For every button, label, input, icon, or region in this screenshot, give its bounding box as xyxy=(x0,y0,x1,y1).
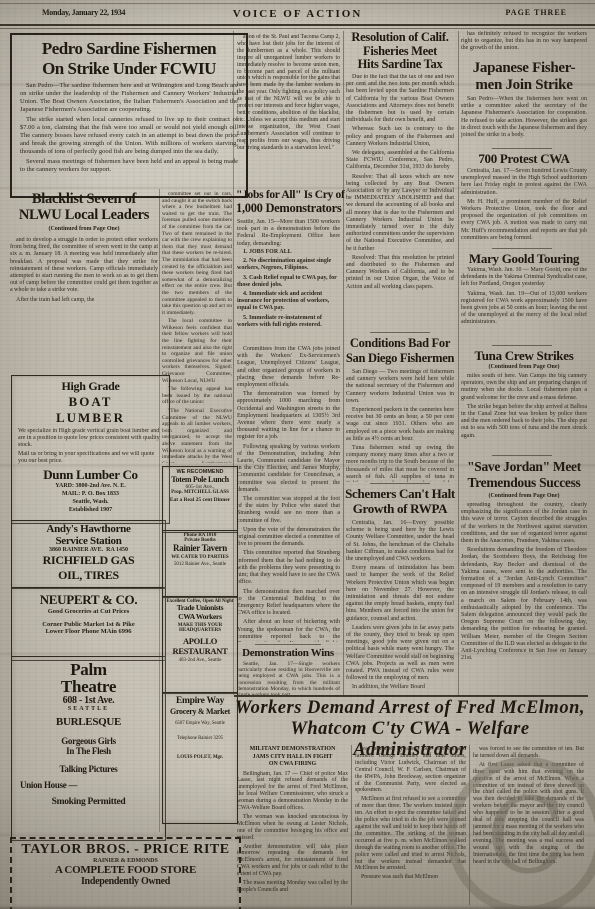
tuna-continued-note: (Continued from Page One) xyxy=(460,364,588,370)
dunn-lumber-heading: High Grade xyxy=(18,379,163,394)
palm-theatre-ad: Palm Theatre 608 - 1st Ave. SEATTLE BURL… xyxy=(11,656,166,841)
japanese-body: San Pedro—When the fishermen here went o… xyxy=(461,96,587,146)
page-header: Monday, January 22, 1934 VOICE OF ACTION… xyxy=(14,8,581,22)
jordan-continued-note: (Continued from Page One) xyxy=(460,493,588,499)
mcelmon-col3: was forced to see the committee of ten. … xyxy=(473,746,584,904)
jobs-headline: "Jobs for All" Is Cry of 1,000 Demonstra… xyxy=(236,189,354,215)
schemers-headline: Schemers Can't Halt Growth of RWPA xyxy=(345,486,455,516)
tuna-body: miles south of here. Van Camps the big c… xyxy=(461,373,587,455)
page-number: PAGE THREE xyxy=(506,8,568,17)
story-separator xyxy=(370,483,430,484)
story-separator xyxy=(492,455,552,456)
totem-pole-lunch-ad: WE RECOMMEND Totem Pole Lunch 605-1st Av… xyxy=(162,466,238,533)
lead-story-body: San Pedro—The sardine fishermen here and… xyxy=(20,82,238,176)
story-separator xyxy=(492,148,552,149)
story-separator xyxy=(255,644,321,645)
empire-phone: Telephone Rainier 3295 xyxy=(165,736,235,741)
jobs-demand-list: 1. JOBS FOR ALL2. No discrimination agai… xyxy=(237,249,340,343)
mcelmon-top-rule xyxy=(234,695,588,697)
empire-address: 6507 Empire Way, Seattle xyxy=(165,721,235,726)
blacklist-continuation-column: committee set out in cars, and caught it… xyxy=(162,191,232,463)
palm-address: 608 - 1st Ave. xyxy=(16,695,161,706)
blacklist-continued-note: (Continued from Page One) xyxy=(10,226,158,232)
dunn-lumber-ad: High Grade BOAT LUMBER We specialize in … xyxy=(11,375,170,524)
story-separator xyxy=(370,332,430,333)
lead-story-box: Pedro Sardine Fishermen On Strike Under … xyxy=(10,33,248,198)
jobs-intro: Seattle, Jan. 15—More than 1500 workers … xyxy=(237,219,340,247)
mary-goold-headline: Mary Goold Touring xyxy=(460,251,588,267)
conditions-body: San Diego — Two meetings of fishermen an… xyxy=(346,369,454,482)
jobs-body: Committees from the CWA jobs joined with… xyxy=(237,346,340,642)
blacklist-body: and to develop a struggle in order to pr… xyxy=(10,237,158,349)
top-rule xyxy=(0,3,595,4)
lumber-appeal-continuation: ation of the St. Paul and Tacoma Camp 2,… xyxy=(237,34,340,186)
story-separator xyxy=(492,345,552,346)
japanese-headline: Japanese Fisher- men Join Strike xyxy=(460,60,588,93)
resolution-body: Due to the fact that the tax of one and … xyxy=(346,74,454,330)
protest700-headline: 700 Protest CWA xyxy=(460,151,588,167)
demonstration-wins-headline: Demonstration Wins xyxy=(236,647,340,659)
story-separator xyxy=(492,248,552,249)
masthead: VOICE OF ACTION xyxy=(14,8,581,20)
lead-headline-line1: Pedro Sardine Fishermen xyxy=(20,39,238,59)
dunn-lumber-address: YARD: 3800-2nd Ave. N. E.MAIL: P. O. Box… xyxy=(18,483,163,514)
apollo-restaurant-ad: Excellent Coffee, Open All Night Trade U… xyxy=(162,596,238,694)
header-rule-thin xyxy=(0,28,595,29)
jordan-body: spreading throughout the country, clearl… xyxy=(461,502,587,694)
mcelmon-col2: was attended by about 500 workers and fa… xyxy=(355,746,466,904)
resolution-headline: Resolution of Calif. Fisheries Meet Hits… xyxy=(345,31,455,72)
conditions-headline: Conditions Bad For San Diego Fishermen xyxy=(345,336,455,365)
demonstration-wins-body: Seattle, Jan. 17—Single workers particul… xyxy=(237,661,340,697)
rainier-tavern-ad: Phone RA 1010 Private Booths Rainier Tav… xyxy=(162,530,238,598)
neupert-ad: NEUPERT & CO. Good Groceries at Cut Pric… xyxy=(11,587,166,661)
header-rule-thick xyxy=(0,24,595,26)
newspaper-page: Monday, January 22, 1934 VOICE OF ACTION… xyxy=(0,0,595,909)
jordan-headline: "Save Jordan" Meet Tremendous Success xyxy=(460,459,588,491)
column-rule xyxy=(343,31,344,695)
taylor-bros-ad: TAYLOR BROS. - PRICE RITE RAINIER & EDMO… xyxy=(10,837,241,909)
apollo-address: 403-2nd Ave., Seattle xyxy=(165,658,235,663)
protest700-body: Centralia, Jan. 17—Seven hundred Lewis C… xyxy=(461,168,587,248)
lead-headline-line2: On Strike Under FCWIU xyxy=(20,59,238,79)
column-rule xyxy=(458,31,459,695)
union-growth-text: has definitely refused to recognize the … xyxy=(461,31,587,56)
mary-goold-body: Yakima, Wash. Jan. 10 — Mary Goold, one … xyxy=(461,267,587,343)
empire-way-ad: Empire Way Grocery & Market 6507 Empire … xyxy=(162,692,238,824)
schemers-body: Centralia, Jan. 16—Every possible scheme… xyxy=(346,520,454,694)
rainier-address: 5012 Rainier Ave., Seattle xyxy=(165,562,235,567)
hawthorne-ad: Andy's Hawthorne Service Station 3860 RA… xyxy=(11,520,166,589)
blacklist-headline: Blacklist Seven of NLWU Local Leaders xyxy=(10,191,158,223)
mcelmon-col1: MILITANT DEMONSTRATION JAMS CITY HALL IN… xyxy=(237,746,348,904)
column-rule xyxy=(351,745,352,905)
dunn-lumber-name: Dunn Lumber Co xyxy=(18,467,163,483)
tuna-headline: Tuna Crew Strikes xyxy=(460,348,588,364)
column-rule xyxy=(469,745,470,905)
